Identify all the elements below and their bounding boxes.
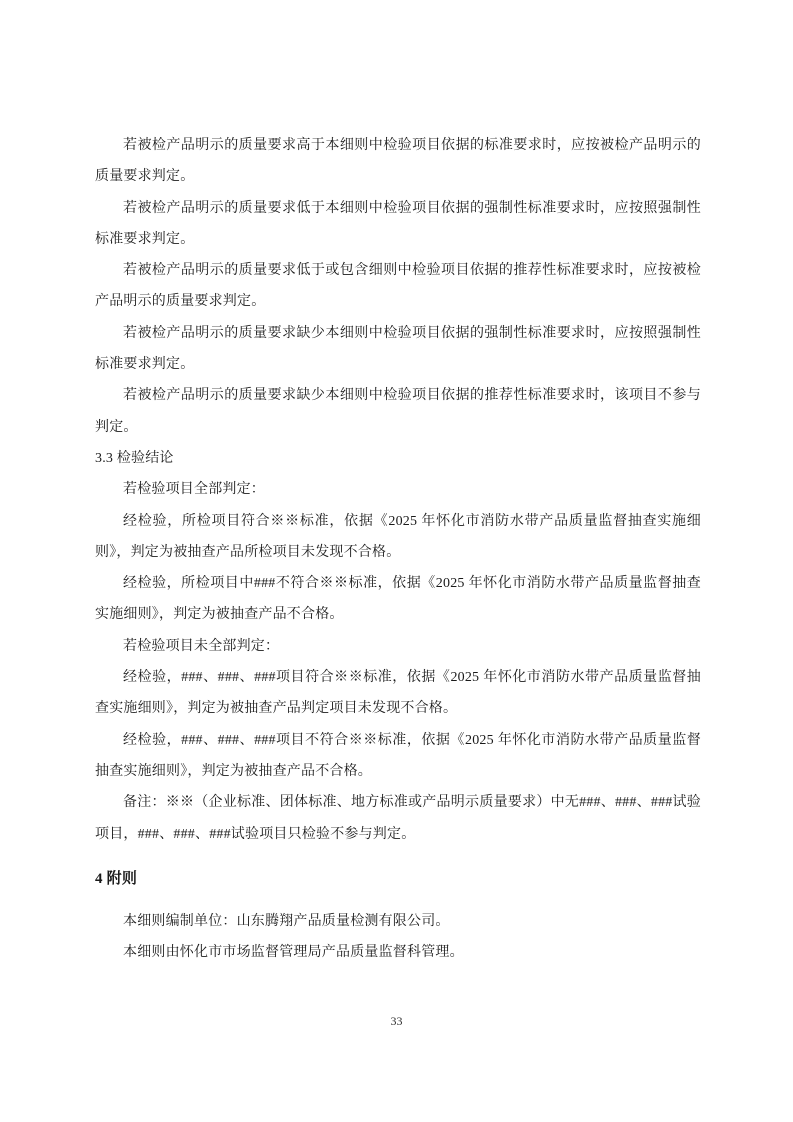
- document-body: 若被检产品明示的质量要求高于本细则中检验项目依据的标准要求时，应按被检产品明示的…: [95, 130, 701, 969]
- section-heading-4: 4 附则: [95, 864, 701, 895]
- paragraph-all-items-judged: 若检验项目全部判定：: [95, 474, 701, 505]
- paragraph-remarks: 备注：※※（企业标准、团体标准、地方标准或产品明示质量要求）中无###、###、…: [95, 787, 701, 850]
- page-number: 33: [391, 1014, 403, 1028]
- paragraph-quality-lower-mandatory: 若被检产品明示的质量要求低于本细则中检验项目依据的强制性标准要求时，应按照强制性…: [95, 193, 701, 256]
- paragraph-managing-unit: 本细则由怀化市市场监督管理局产品质量监督科管理。: [95, 937, 701, 968]
- page-footer: 33: [0, 1012, 793, 1030]
- paragraph-quality-missing-mandatory: 若被检产品明示的质量要求缺少本细则中检验项目依据的强制性标准要求时，应按照强制性…: [95, 318, 701, 381]
- paragraph-not-all-items-judged: 若检验项目未全部判定：: [95, 631, 701, 662]
- paragraph-conclusion-fail-all: 经检验，所检项目中###不符合※※标准，依据《2025 年怀化市消防水带产品质量…: [95, 568, 701, 631]
- paragraph-quality-missing-recommended: 若被检产品明示的质量要求缺少本细则中检验项目依据的推荐性标准要求时，该项目不参与…: [95, 380, 701, 443]
- paragraph-conclusion-fail-partial: 经检验，###、###、###项目不符合※※标准，依据《2025 年怀化市消防水…: [95, 725, 701, 788]
- document-page: 若被检产品明示的质量要求高于本细则中检验项目依据的标准要求时，应按被检产品明示的…: [0, 0, 793, 1122]
- paragraph-conclusion-pass-all: 经检验，所检项目符合※※标准，依据《2025 年怀化市消防水带产品质量监督抽查实…: [95, 506, 701, 569]
- paragraph-quality-lower-recommended: 若被检产品明示的质量要求低于或包含细则中检验项目依据的推荐性标准要求时，应按被检…: [95, 255, 701, 318]
- paragraph-quality-higher: 若被检产品明示的质量要求高于本细则中检验项目依据的标准要求时，应按被检产品明示的…: [95, 130, 701, 193]
- paragraph-compiling-unit: 本细则编制单位：山东腾翔产品质量检测有限公司。: [95, 906, 701, 937]
- paragraph-conclusion-pass-partial: 经检验，###、###、###项目符合※※标准，依据《2025 年怀化市消防水带…: [95, 662, 701, 725]
- section-heading-3-3: 3.3 检验结论: [95, 443, 701, 474]
